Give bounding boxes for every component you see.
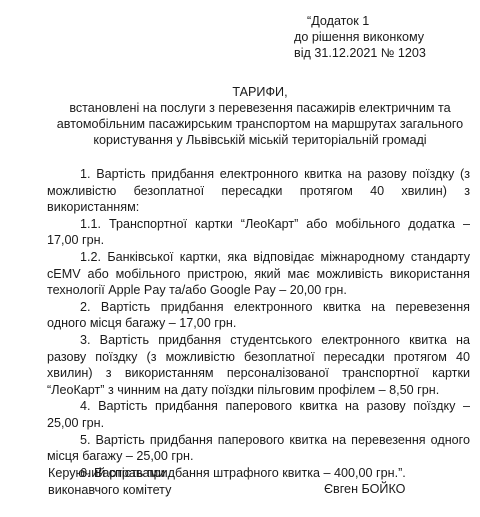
document-subtitle-line: автомобільним пасажирським транспортом н… bbox=[40, 116, 480, 132]
tariff-item-2: 2. Вартість придбання електронного квитк… bbox=[47, 299, 470, 332]
tariff-item-1: 1. Вартість придбання електронного квитк… bbox=[47, 166, 470, 216]
tariff-item-4: 4. Вартість придбання паперового квитка … bbox=[47, 398, 470, 431]
tariff-list: 1. Вартість придбання електронного квитк… bbox=[47, 166, 470, 481]
tariff-item-3: 3. Вартість придбання студентського елек… bbox=[47, 332, 470, 398]
document-heading: ТАРИФИ, bbox=[40, 84, 480, 100]
tariff-item-1-1: 1.1. Транспортної картки “ЛеоКарт” або м… bbox=[47, 216, 470, 249]
signatory-position-line: виконавчого комітету bbox=[48, 482, 171, 499]
signatory-position-line: Керуючий справами bbox=[48, 465, 171, 482]
appendix-date-number: від 31.12.2021 № 1203 bbox=[294, 45, 426, 61]
tariff-item-1-2: 1.2. Банківської картки, яка відповідає … bbox=[47, 249, 470, 299]
appendix-decision: до рішення виконкому bbox=[294, 29, 426, 45]
tariff-item-5: 5. Вартість придбання паперового квитка … bbox=[47, 432, 470, 465]
document-subtitle-line: користування у Львівській міській терито… bbox=[40, 132, 480, 148]
appendix-title: “Додаток 1 bbox=[294, 13, 426, 29]
appendix-reference: “Додаток 1 до рішення виконкому від 31.1… bbox=[294, 13, 426, 61]
document-subtitle-line: встановлені на послуги з перевезення пас… bbox=[40, 100, 480, 116]
document-title-block: ТАРИФИ, встановлені на послуги з перевез… bbox=[40, 84, 480, 148]
signatory-position: Керуючий справами виконавчого комітету bbox=[48, 465, 171, 498]
signatory-name: Євген БОЙКО bbox=[324, 482, 405, 496]
